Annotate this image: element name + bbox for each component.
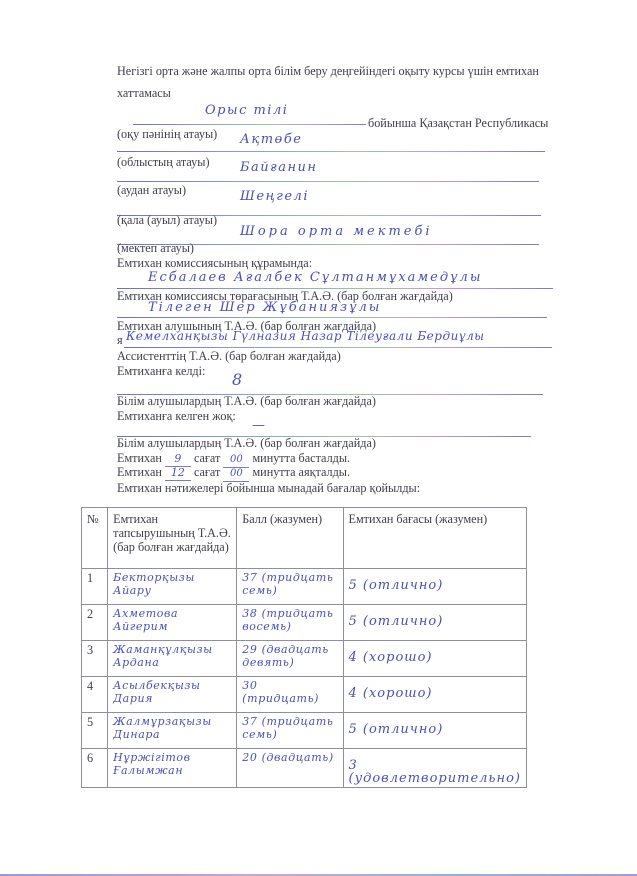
start-suffix: минутта басталды. — [252, 451, 350, 465]
row-score: 37 (тридцать семь) — [242, 571, 337, 597]
end-minute: 00 — [223, 467, 249, 482]
table-row: 5 Жалмұрзақызы Динара 37 (тридцать семь)… — [82, 713, 527, 749]
present-value: 8 — [232, 370, 244, 389]
row-name: Жаманқұлқызы Ардана — [113, 643, 231, 669]
row-name: Асылбекқызы Дария — [113, 679, 231, 705]
subject-value: Орыс тілі — [205, 103, 288, 118]
start-prefix: Емтихан — [117, 451, 162, 465]
chairman-value: Есбалаев Ағалбек Сұлтанмұхамедұлы — [148, 270, 482, 285]
assistants-prefix: я — [117, 333, 123, 347]
end-suffix: минутта аяқталды. — [252, 465, 350, 479]
row-number: 4 — [82, 677, 108, 713]
table-row: 3 Жаманқұлқызы Ардана 29 (двадцать девят… — [82, 641, 527, 677]
document-title-line1: Негізгі орта және жалпы орта білім беру … — [117, 64, 539, 78]
row-score: 30 (тридцать) — [242, 679, 337, 705]
examiner-underline — [117, 317, 547, 318]
row-number: 3 — [82, 641, 108, 677]
table-row: 1 Бекторқызы Айару 37 (тридцать семь) 5 … — [82, 569, 527, 605]
present-sub-label: Білім алушылардың Т.А.Ә. (бар болған жағ… — [117, 394, 376, 408]
school-label: (мектеп атауы) — [117, 241, 194, 255]
end-mid: сағат — [194, 465, 220, 479]
row-name: Бекторқызы Айару — [113, 571, 231, 597]
assistants-underline — [124, 347, 552, 348]
table-row: 2 Ахметова Айгерим 38 (тридцать восемь) … — [82, 605, 527, 641]
start-mid: сағат — [194, 451, 220, 465]
header-score: Балл (жазумен) — [237, 508, 343, 569]
row-number: 5 — [82, 713, 108, 749]
district-value: Байғанин — [240, 160, 318, 175]
row-score: 20 (двадцать) — [242, 751, 337, 764]
row-score: 38 (тридцать восемь) — [242, 607, 337, 633]
end-prefix: Емтихан — [117, 465, 162, 479]
end-time-line: Емтихан 12 сағат 00 минутта аяқталды. — [117, 465, 350, 482]
district-label: (аудан атауы) — [117, 183, 186, 197]
examiner-value: Тілеген Шер Жұбаниязұлы — [148, 300, 381, 315]
end-hour: 12 — [165, 466, 191, 481]
subject-label: (оқу пәнінің атауы) — [117, 127, 217, 141]
region-underline — [117, 151, 545, 152]
row-name: Нұржігітов Ғалымжан — [113, 751, 231, 777]
absent-label: Емтиханға келген жоқ: — [117, 409, 236, 423]
row-grade: 3 (удовлетворительно) — [349, 751, 522, 785]
header-name: Емтихан тапсырушының Т.А.Ә. (бар болған … — [108, 508, 237, 569]
subject-underline — [133, 124, 366, 125]
row-grade: 5 (отлично) — [349, 607, 522, 628]
region-label: (облыстың атауы) — [117, 155, 210, 169]
results-table: № Емтихан тапсырушының Т.А.Ә. (бар болға… — [81, 507, 527, 788]
assistants-value: Кемелханқызы Гүлназия Назар Тілеуғали Бе… — [126, 329, 485, 343]
district-underline — [117, 181, 539, 182]
row-number: 2 — [82, 605, 108, 641]
assistants-label: Ассистенттің Т.А.Ә. (бар болған жағдайда… — [117, 349, 341, 363]
row-score: 37 (тридцать семь) — [242, 715, 337, 741]
row-number: 1 — [82, 569, 108, 605]
subject-suffix: бойынша Қазақстан Республикасы — [368, 116, 548, 130]
row-name: Ахметова Айгерим — [113, 607, 231, 633]
header-number: № — [82, 508, 108, 569]
row-grade: 5 (отлично) — [349, 715, 522, 736]
table-row: 4 Асылбекқызы Дария 30 (тридцать) 4 (хор… — [82, 677, 527, 713]
settlement-label: (қала (ауыл) атауы) — [117, 213, 217, 227]
row-score: 29 (двадцать девять) — [242, 643, 337, 669]
present-label: Емтиханға келді: — [117, 364, 205, 378]
commission-label: Емтихан комиссиясының құрамында: — [117, 256, 312, 270]
exam-protocol-page: Негізгі орта және жалпы орта білім беру … — [0, 0, 637, 876]
header-grade: Емтихан бағасы (жазумен) — [343, 508, 527, 569]
absent-sub-label: Білім алушылардың Т.А.Ә. (бар болған жағ… — [117, 436, 376, 450]
table-header-row: № Емтихан тапсырушының Т.А.Ә. (бар болға… — [82, 508, 527, 569]
row-grade: 4 (хорошо) — [349, 643, 522, 664]
table-row: 6 Нұржігітов Ғалымжан 20 (двадцать) 3 (у… — [82, 749, 527, 788]
absent-value: — — [252, 418, 267, 433]
row-grade: 4 (хорошо) — [349, 679, 522, 700]
row-name: Жалмұрзақызы Динара — [113, 715, 231, 741]
row-grade: 5 (отлично) — [349, 571, 522, 592]
results-intro: Емтихан нәтижелері бойынша мынадай бағал… — [117, 481, 420, 495]
row-number: 6 — [82, 749, 108, 788]
document-title-line2: хаттамасы — [117, 86, 171, 100]
settlement-value: Шеңгелі — [240, 189, 309, 204]
school-value: Шора орта мектебі — [240, 224, 433, 239]
region-value: Ақтөбе — [240, 132, 303, 147]
